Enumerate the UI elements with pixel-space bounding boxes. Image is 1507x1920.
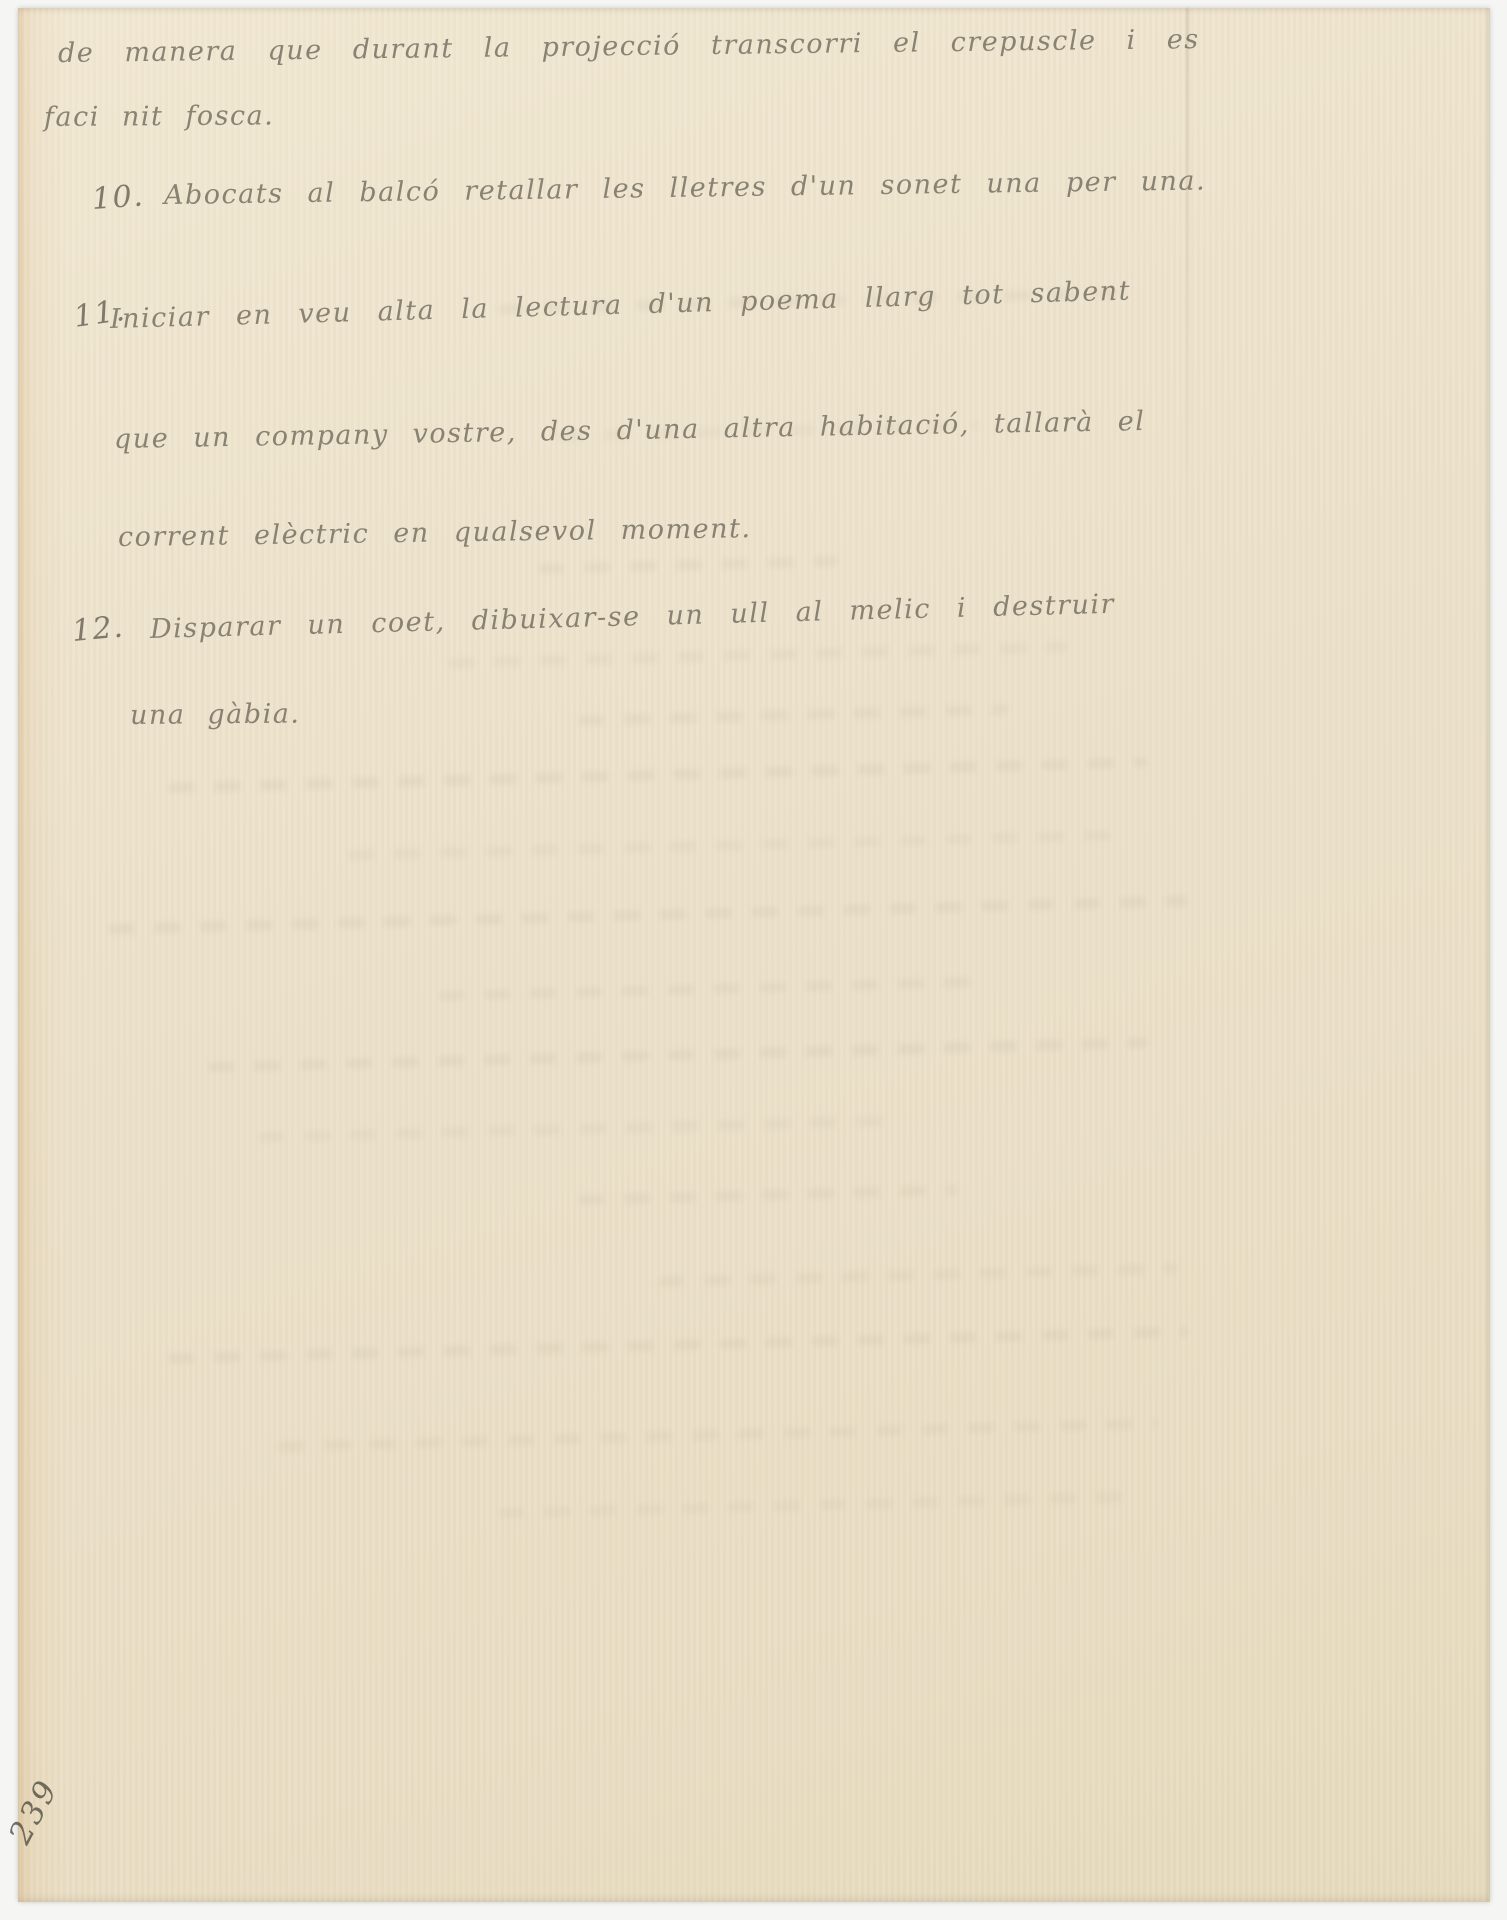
show-through-smudge [258,1116,898,1143]
show-through-smudge [108,896,1188,934]
show-through-smudge [658,1263,1178,1287]
paper-crease [1186,8,1189,548]
item-11-line-1: Iniciar en veu alta la lectura d'un poem… [110,275,1132,335]
show-through-smudge [168,757,1148,793]
item-number-10: 10. [91,178,146,217]
item-12-line-2: una gàbia. [130,699,301,731]
photograph-background: { "document": { "continuation_lines": [ … [0,0,1507,1920]
item-10-line-1: Abocats al balcó retallar les lletres d'… [164,165,1206,211]
show-through-smudge [448,642,1068,668]
show-through-smudge [168,1327,1188,1364]
item-11-line-2: que un company vostre, des d'una altra h… [114,406,1146,455]
handwritten-line-continuation-1: de manera que durant la projecció transc… [58,24,1200,69]
show-through-smudge [438,977,978,1001]
show-through-smudge [278,1418,1158,1451]
show-through-smudge [208,1038,1148,1073]
show-through-smudge [578,704,1008,725]
show-through-smudge [578,1185,958,1205]
show-through-smudge [538,556,838,574]
item-12-line-1: Disparar un coet, dibuixar-se un ull al … [150,589,1116,645]
manuscript-page: de manera que durant la projecció transc… [18,8,1490,1902]
item-number-12: 12. [70,610,125,649]
handwritten-line-continuation-2: faci nit fosca. [44,100,275,133]
show-through-smudge [348,830,1128,860]
show-through-smudge [498,1492,1138,1519]
page-number: 239 [2,1773,66,1850]
item-11-line-3: corrent elèctric en qualsevol moment. [118,513,752,553]
